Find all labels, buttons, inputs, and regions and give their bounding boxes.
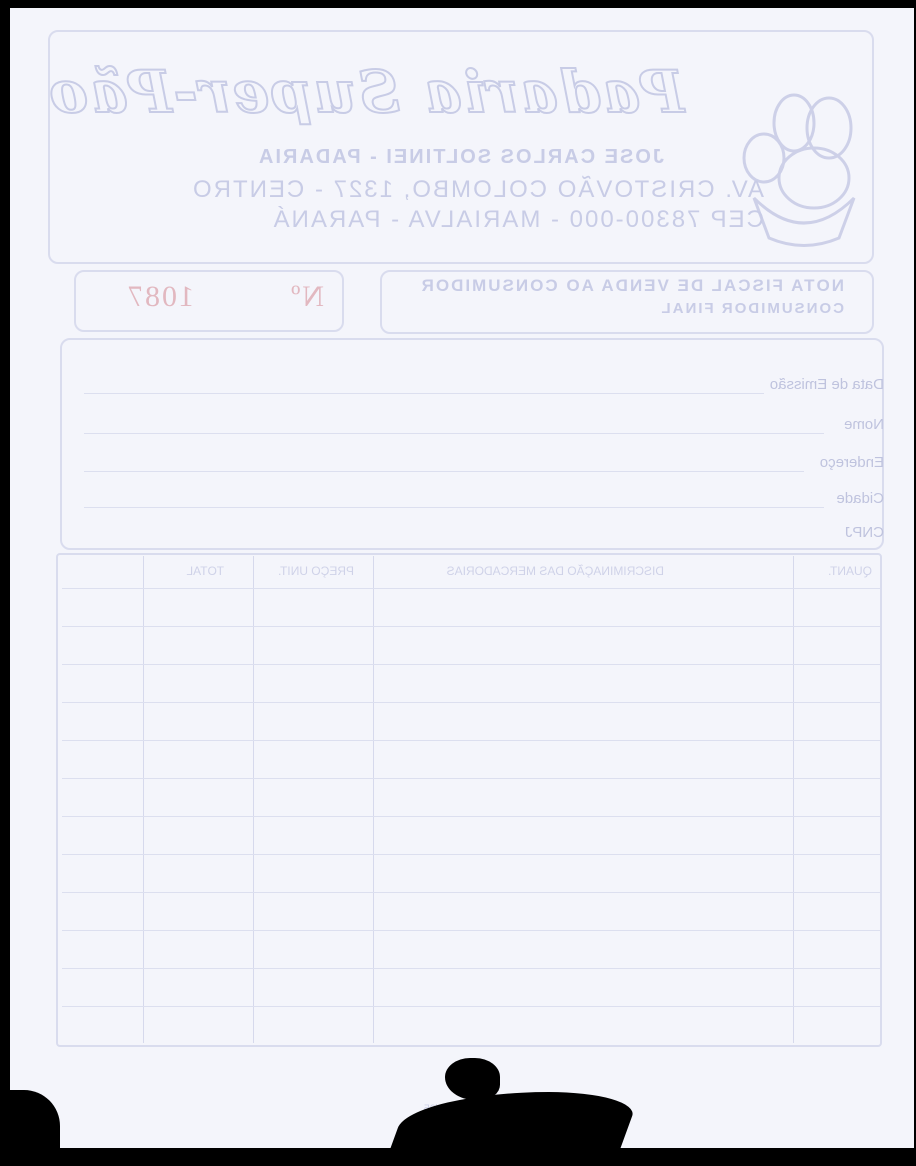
- address-line: AV. CRISTOVÃO COLOMBO, 1327 - CENTRO: [191, 176, 764, 204]
- table-row-rule: [62, 1006, 880, 1007]
- col-divider: [373, 556, 374, 1043]
- cep-line: CEP 78300-000 - MARIALVA - PARANÁ: [272, 206, 764, 234]
- date-line: [84, 393, 764, 394]
- col-divider: [253, 556, 254, 1043]
- mirrored-show-through: Padaria Super-Pão JOSE CARLOS SOLTINEI -…: [10, 8, 914, 1153]
- header-total: TOTAL: [186, 564, 224, 578]
- scan-border: [0, 0, 10, 1166]
- customer-box: [60, 338, 884, 550]
- table-row-rule: [62, 854, 880, 855]
- header-unit-price: PREÇO UNIT.: [278, 564, 354, 578]
- doc-title: NOTA FISCAL DE VENDA AO CONSUMIDOR: [420, 276, 844, 296]
- table-row-rule: [62, 702, 880, 703]
- table-row-rule: [62, 626, 880, 627]
- doc-subtitle: CONSUMIDOR FINAL: [660, 300, 845, 317]
- date-label: Data de Emissão: [770, 376, 884, 393]
- header-quant: QUANT.: [828, 564, 872, 578]
- table-row-rule: [62, 892, 880, 893]
- business-logo: Padaria Super-Pão: [47, 58, 684, 126]
- address-label: Endereço: [820, 454, 884, 471]
- table-row-rule: [62, 664, 880, 665]
- table-row-rule: [62, 778, 880, 779]
- col-divider: [143, 556, 144, 1043]
- name-label: Nome: [844, 416, 884, 433]
- name-line: [84, 433, 824, 434]
- receipt-number: 1087: [126, 280, 194, 314]
- table-row-rule: [62, 816, 880, 817]
- table-row-rule: [62, 968, 880, 969]
- items-table: [56, 553, 882, 1047]
- table-row-rule: [62, 930, 880, 931]
- owner-line: JOSE CARLOS SOLTINEI - PADARIA: [257, 146, 664, 169]
- city-line: [84, 507, 824, 508]
- table-row-rule: [62, 588, 880, 589]
- city-label: Cidade: [836, 490, 884, 507]
- cnpj-label: CNPJ: [845, 524, 884, 541]
- col-divider: [793, 556, 794, 1043]
- header-desc: DISCRIMINAÇÃO DAS MERCADORIAS: [447, 564, 664, 578]
- table-row-rule: [62, 740, 880, 741]
- address-line-rule: [84, 471, 804, 472]
- number-prefix: Nº: [289, 280, 324, 314]
